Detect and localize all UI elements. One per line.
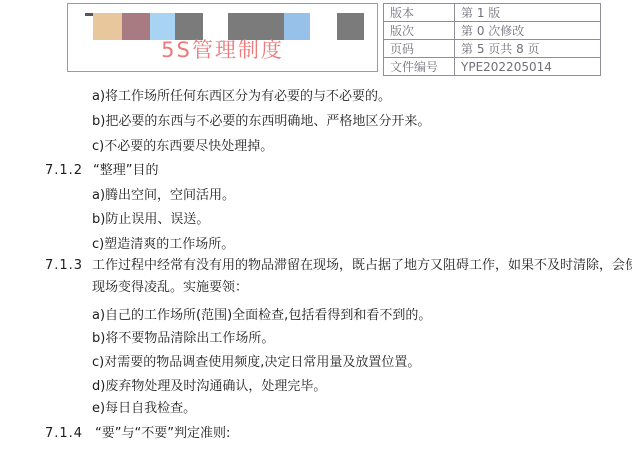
body-line: e)每日自我检查。 xyxy=(92,402,196,415)
body-line: 工作过程中经常有没有用的物品滞留在现场，既占据了地方又阻碍工作，如果不及时清除，… xyxy=(92,259,632,272)
block-tan xyxy=(93,13,122,40)
section-number: 7.1.3 xyxy=(45,259,83,272)
body-line: d)废弃物处理及时沟通确认，处理完毕。 xyxy=(92,380,326,393)
body-line: a)腾出空间，空间活用。 xyxy=(92,189,235,202)
body-line: a)将工作场所任何东西区分为有必要的与不必要的。 xyxy=(92,90,391,103)
info-table-row: 版本第 1 版 xyxy=(384,4,601,22)
info-label: 版次 xyxy=(384,22,455,40)
document-info-table: 版本第 1 版版次第 0 次修改页码第 5 页共 8 页文件编号YPE20220… xyxy=(383,3,601,76)
info-label: 页码 xyxy=(384,40,455,58)
body-line: “整理”目的 xyxy=(93,164,158,177)
body-line: c)不必要的东西要尽快处理掉。 xyxy=(92,140,273,153)
document-page: { "header": { "logo": { "title": "5S管理制度… xyxy=(0,0,632,458)
info-table-row: 文件编号YPE202205014 xyxy=(384,58,601,76)
block-mauve xyxy=(122,13,150,40)
body-line: b)防止误用、误送。 xyxy=(92,213,209,226)
info-table-row: 版次第 0 次修改 xyxy=(384,22,601,40)
block-blue-2 xyxy=(284,13,310,40)
body-line: c)塑造清爽的工作场所。 xyxy=(92,238,234,251)
body-line: b)把必要的东西与不必要的东西明确地、严格地区分开来。 xyxy=(92,115,430,128)
info-table-row: 页码第 5 页共 8 页 xyxy=(384,40,601,58)
section-number: 7.1.2 xyxy=(45,164,83,177)
info-value: 第 0 次修改 xyxy=(455,22,601,40)
block-lightblue xyxy=(150,13,175,40)
info-value: 第 1 版 xyxy=(455,4,601,22)
body-line: 现场变得凌乱。实施要领： xyxy=(92,281,248,294)
info-value: YPE202205014 xyxy=(455,58,601,76)
body-line: “要”与“不要”判定准则: xyxy=(95,427,230,440)
body-line: c)对需要的物品调查使用频度,决定日常用量及放置位置。 xyxy=(92,356,420,369)
body-line: b)将不要物品清除出工作场所。 xyxy=(92,332,274,345)
info-label: 版本 xyxy=(384,4,455,22)
document-title: 5S管理制度 xyxy=(67,38,378,62)
section-number: 7.1.4 xyxy=(45,427,83,440)
block-gray-2 xyxy=(337,13,364,40)
info-value: 第 5 页共 8 页 xyxy=(455,40,601,58)
body-line: a)自己的工作场所(范围)全面检查,包括看得到和看不到的。 xyxy=(92,309,431,322)
info-label: 文件编号 xyxy=(384,58,455,76)
block-gray-wide xyxy=(228,13,284,40)
block-gray-1 xyxy=(175,13,203,40)
